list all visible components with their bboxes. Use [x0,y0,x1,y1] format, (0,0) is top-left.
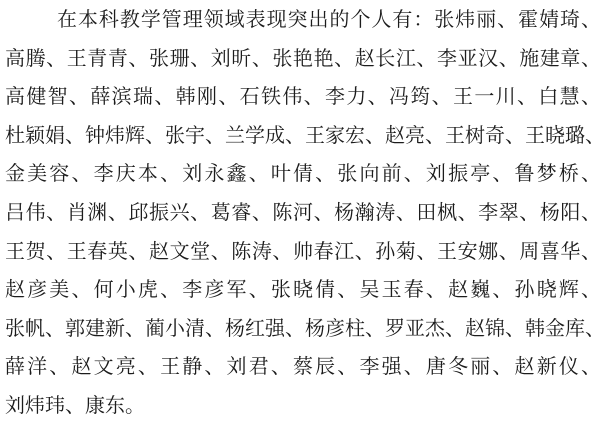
paragraph-line: 张帆、郭建新、蔺小清、杨红强、杨彦柱、罗亚杰、赵锦、韩金库、 [5,310,601,349]
paragraph-line: 高腾、王青青、张珊、刘昕、张艳艳、赵长江、李亚汉、施建章、 [5,40,601,79]
paragraph-line: 高健智、薛滨瑞、韩刚、石铁伟、李力、冯筠、王一川、白慧、 [5,78,601,117]
paragraph-line: 吕伟、肖渊、邱振兴、葛睿、陈河、杨瀚涛、田枫、李翠、杨阳、 [5,194,601,233]
paragraph-line: 王贺、王春英、赵文堂、陈涛、帅春江、孙菊、王安娜、周喜华、 [5,233,601,272]
document-page: 在本科教学管理领域表现突出的个人有：张炜丽、霍婧琦、 高腾、王青青、张珊、刘昕、… [0,0,606,426]
paragraph-line: 金美容、李庆本、刘永鑫、叶倩、张向前、刘振亭、鲁梦桥、 [5,155,601,194]
paragraph-last-line: 刘炜玮、康东。 [5,387,601,426]
paragraph-line: 在本科教学管理领域表现突出的个人有：张炜丽、霍婧琦、 [5,1,601,40]
paragraph-line: 杜颖娟、钟炜辉、张宇、兰学成、王家宏、赵亮、王树奇、王晓璐、 [5,117,601,156]
paragraph-line: 赵彦美、何小虎、李彦军、张晓倩、吴玉春、赵巍、孙晓辉、 [5,271,601,310]
paragraph-line: 薛洋、赵文亮、王静、刘君、蔡辰、李强、唐冬丽、赵新仪、 [5,348,601,387]
